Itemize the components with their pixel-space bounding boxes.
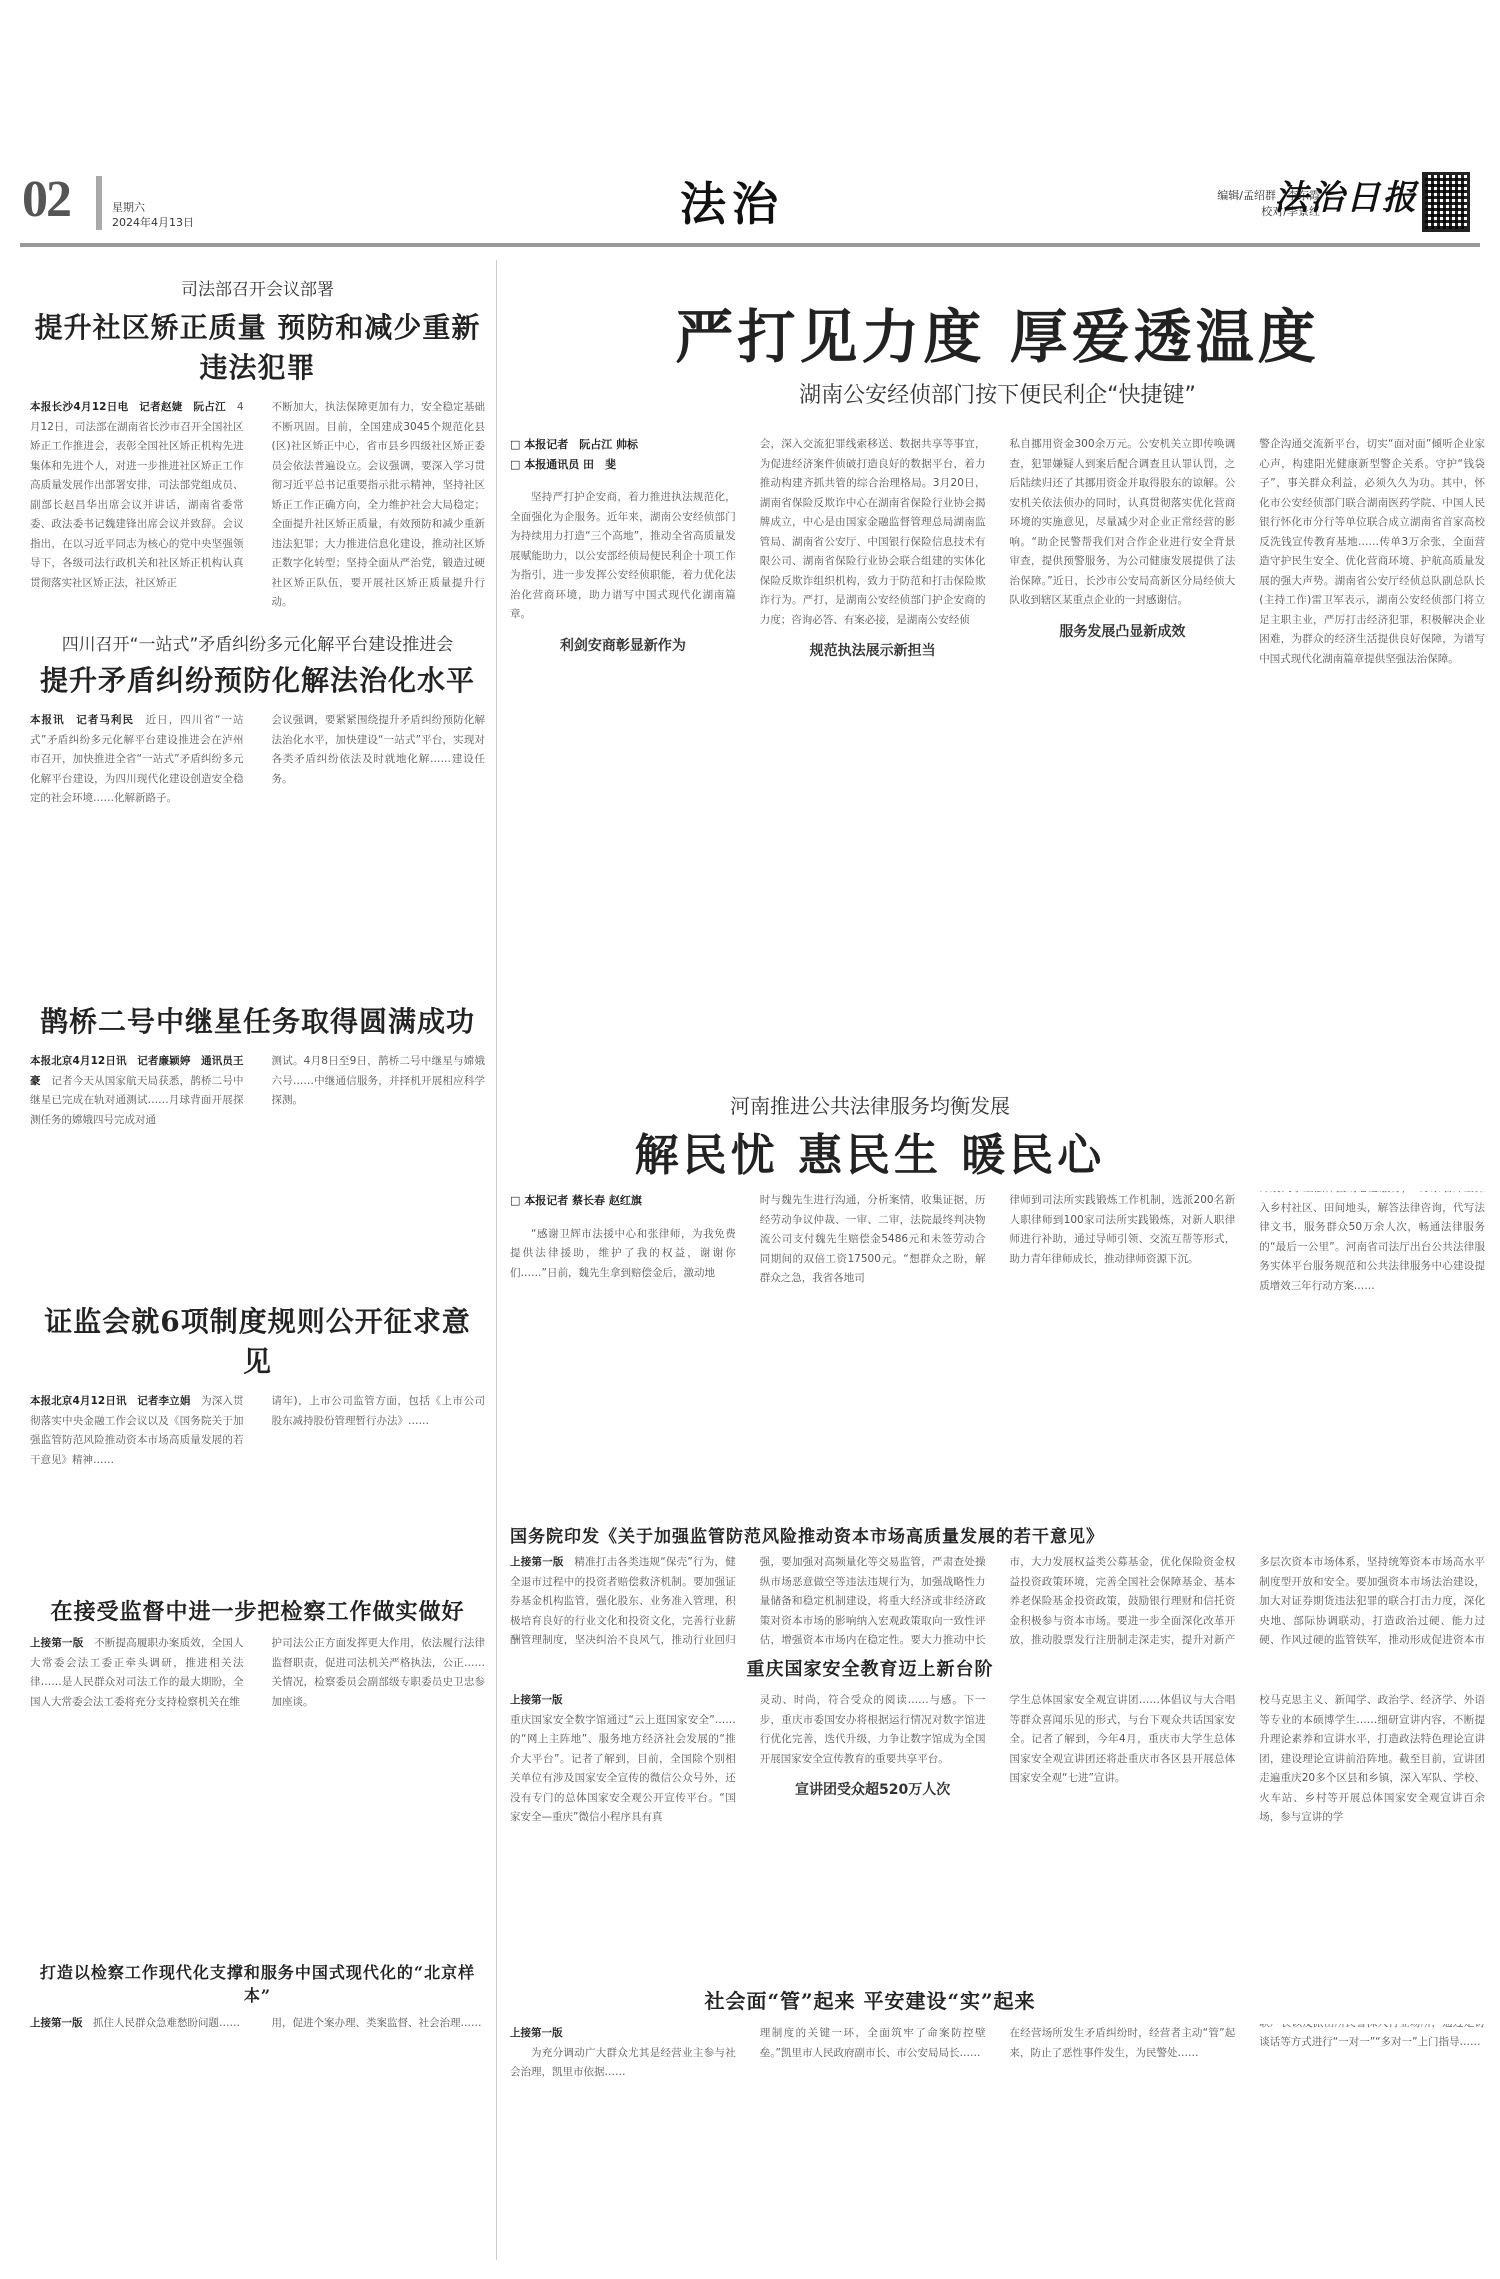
article-column: 护司法公正方面发挥更大作用，依法履行法律监督职责，促进司法机关严格执法，公正……… bbox=[272, 1634, 486, 1934]
section-title: 法治 bbox=[680, 168, 784, 234]
article-henan-legal-services: 河南推进公共法律服务均衡发展 解民忧 惠民生 暖民心 □ 本报记者 蔡长春 赵红… bbox=[510, 1090, 1485, 1510]
newspaper-logo: 法治日报 bbox=[1274, 170, 1418, 219]
article-column: 时与魏先生进行沟通，分析案情，收集证据，历经劳动争议仲裁、一审、二审，法院最终判… bbox=[760, 1191, 986, 1531]
article-column: 上接第一版 抓住人民群众急难愁盼问题…… bbox=[30, 2014, 244, 2274]
article-headline: 提升社区矫正质量 预防和减少重新违法犯罪 bbox=[30, 306, 485, 386]
article-text: 重庆国家安全数字馆通过“云上逛国家安全”……的“网上主阵地”、服务地方经济社会发… bbox=[510, 1711, 736, 1828]
section-subhead: 服务发展凸显新成效 bbox=[1010, 623, 1236, 643]
article-column: 会，深入交流犯罪线索移送、数据共享等事宜，为促进经济案件侦破打造良好的数据平台，… bbox=[760, 435, 986, 1075]
page-number-divider bbox=[96, 176, 102, 230]
article-column: 请年)，上市公司监管方面，包括《上市公司股东减持股份管理暂行办法》…… bbox=[272, 1392, 486, 1612]
article-society-management: 社会面“管”起来 平安建设“实”起来 上接第一版为充分调动广大群众尤其是经营业主… bbox=[510, 1985, 1485, 2265]
article-column: 上接第一版重庆国家安全数字馆通过“云上逛国家安全”……的“网上主阵地”、服务地方… bbox=[510, 1691, 736, 1971]
article-headline: 鹊桥二号中继星任务取得圆满成功 bbox=[30, 1000, 485, 1040]
article-column: □ 本报记者 蔡长春 赵红旗 “感谢卫辉市法援中心和张律师，为我免费提供法律援助… bbox=[510, 1191, 736, 1531]
article-column: 上接第一版为充分调动广大群众尤其是经营业主参与社会治理，凯里市依据…… bbox=[510, 2024, 736, 2264]
article-column: 校马克思主义、新闻学、政治学、经济学、外语等专业的本硕博学生……细研宣讲内容，不… bbox=[1259, 1691, 1485, 1971]
section-subhead: 利剑安商彰显新作为 bbox=[510, 637, 736, 657]
article-sichuan: 四川召开“一站式”矛盾纠纷多元化解平台建设推进会 提升矛盾纠纷预防化解法治化水平… bbox=[30, 630, 485, 975]
article-column: □ 本报记者 阮占江 帅标 □ 本报通讯员 田 斐 坚持严打护企安商，着力推进执… bbox=[510, 435, 736, 1075]
article-beijing-sample: 打造以检察工作现代化支撑和服务中国式现代化的“北京样本” 上接第一版 抓住人民群… bbox=[30, 1960, 485, 2260]
article-column: 市，大力发展权益类公募基金，优化保险资金权益投资政策环境，完善全国社会保障基金、… bbox=[1010, 1553, 1236, 1648]
header-rule bbox=[20, 243, 1480, 247]
date: 2024年4月13日 bbox=[112, 215, 194, 230]
dateline: 上接第一版 bbox=[510, 1691, 736, 1711]
section-subhead: 宣讲团受众超520万人次 bbox=[760, 1781, 986, 1801]
dateline: 本报北京4月12日讯 记者李立娟 bbox=[30, 1395, 190, 1407]
article-column: 本报讯 记者马利民 近日，四川省“一站式”矛盾纠纷多元化解平台建设推进会在泸州市… bbox=[30, 711, 244, 981]
article-text: 近日，四川省“一站式”矛盾纠纷多元化解平台建设推进会在泸州市召开，加快推进全省“… bbox=[30, 714, 244, 804]
dateline: 上接第一版 bbox=[510, 1556, 564, 1568]
article-column: 会议强调，要紧紧围绕提升矛盾纠纷预防化解法治化水平，加快建设“一站式”平台，实现… bbox=[272, 711, 486, 981]
byline: □ 本报记者 蔡长春 赵红旗 bbox=[510, 1191, 736, 1211]
dateline: 上接第一版 bbox=[30, 2017, 83, 2029]
article-column: 本报长沙4月12日电 记者赵婕 阮占江 4月12日，司法部在湖南省长沙市召开全国… bbox=[30, 398, 244, 638]
lead-headline: 严打见力度 厚爱透温度 bbox=[510, 290, 1485, 374]
article-chongqing-security: 重庆国家安全教育迈上新台阶 上接第一版重庆国家安全数字馆通过“云上逛国家安全”…… bbox=[510, 1655, 1485, 1975]
masthead: 02 星期六 2024年4月13日 法治 编辑/孟绍群 李东霞 校对/李景红 法… bbox=[20, 150, 1480, 230]
section-subhead: 规范执法展示新担当 bbox=[760, 642, 986, 662]
article-column: 不断加大，执法保障更加有力，安全稳定基础不断巩固。目前，全国建成3045个规范化… bbox=[272, 398, 486, 638]
lead-subheadline: 湖南公安经侦部门按下便民利企“快捷键” bbox=[510, 378, 1485, 409]
article-column: 本报北京4月12日讯 记者李立娟 为深入贯彻落实中央金融工作会议以及《国务院关于… bbox=[30, 1392, 244, 1612]
article-column: 在经营场所发生矛盾纠纷时，经营者主动“管”起来，防止了恶性事件发生，为民警处…… bbox=[1010, 2024, 1236, 2264]
article-column: 强，要加强对高频量化等交易监管，严肃查处操纵市场恶意做空等违法违规行为，加强战略… bbox=[760, 1553, 986, 1648]
article-text: 精准打击各类违规“保壳”行为，健全退市过程中的投资者赔偿救济机制。要加强证券基金… bbox=[510, 1556, 736, 1648]
column-divider bbox=[496, 260, 497, 2260]
dateline: 本报长沙4月12日电 记者赵婕 阮占江 bbox=[30, 401, 226, 413]
page-number: 02 bbox=[22, 174, 70, 226]
weekday: 星期六 bbox=[112, 200, 194, 215]
article-kicker: 四川召开“一站式”矛盾纠纷多元化解平台建设推进会 bbox=[30, 630, 485, 655]
article-column: 律师到司法所实践锻炼工作机制，选派200名新人职律师到100家司法所实践锻炼，对… bbox=[1010, 1191, 1236, 1531]
article-queqiao: 鹊桥二号中继星任务取得圆满成功 本报北京4月12日讯 记者廉颖婷 通讯员王豪 记… bbox=[30, 1000, 485, 1275]
article-column: 灵动、时尚，符合受众的阅读……与感。下一步，重庆市委国安办将根据运行情况对数字馆… bbox=[760, 1691, 986, 1971]
article-intro: 坚持严打护企安商，着力推进执法规范化，全面强化为企服务。近年来，湖南公安经侦部门… bbox=[510, 488, 736, 625]
article-column: 上接第一版 精准打击各类违规“保壳”行为，健全退市过程中的投资者赔偿救济机制。要… bbox=[510, 1553, 736, 1648]
dateline: 本报讯 记者马利民 bbox=[30, 714, 134, 726]
qr-code-icon bbox=[1422, 172, 1470, 232]
article-headline: 提升矛盾纠纷预防化解法治化水平 bbox=[30, 659, 485, 699]
article-text: “感谢卫辉市法援中心和张律师，为我免费提供法律援助，维护了我的权益，谢谢你们……… bbox=[510, 1225, 736, 1284]
article-column: 人经济状况诚信承诺落到实处，让“数据多跑路，群众少跑腿”，打造手续最简、成本最低… bbox=[1259, 1191, 1485, 1531]
byline: □ 本报记者 阮占江 帅标 bbox=[510, 435, 736, 455]
article-text: 灵动、时尚，符合受众的阅读……与感。下一步，重庆市委国安办将根据运行情况对数字馆… bbox=[760, 1691, 986, 1769]
article-text: 会，深入交流犯罪线索移送、数据共享等事宜，为促进经济案件侦破打造良好的数据平台，… bbox=[760, 435, 986, 630]
article-headline: 解民忧 惠民生 暖民心 bbox=[510, 1119, 1230, 1183]
article-headline: 社会面“管”起来 平安建设“实”起来 bbox=[510, 1985, 1230, 2014]
article-text: 私自挪用资金300余万元。公安机关立即传唤调查，犯罪嫌疑人到案后配合调查且认罪认… bbox=[1010, 435, 1236, 611]
article-column: 私自挪用资金300余万元。公安机关立即传唤调查，犯罪嫌疑人到案后配合调查且认罪认… bbox=[1010, 435, 1236, 1075]
article-column: 用，促进个案办理、类案监督、社会治理…… bbox=[272, 2014, 486, 2274]
article-headline: 证监会就6项制度规则公开征求意见 bbox=[30, 1300, 485, 1380]
article-community-correction: 司法部召开会议部署 提升社区矫正质量 预防和减少重新违法犯罪 本报长沙4月12日… bbox=[30, 275, 485, 605]
article-text: 抓住人民群众急难愁盼问题…… bbox=[93, 2017, 240, 2029]
article-kicker: 河南推进公共法律服务均衡发展 bbox=[510, 1090, 1230, 1119]
article-text: 记者今天从国家航天局获悉，鹊桥二号中继星已完成在轨对通测试……月球背面开展探测任… bbox=[30, 1075, 244, 1126]
article-column: 学生总体国家安全观宣讲团……体倡议与大合唱等群众喜闻乐见的形式，与台下观众共话国… bbox=[1010, 1691, 1236, 1971]
article-column: 本报北京4月12日讯 记者廉颖婷 通讯员王豪 记者今天从国家航天局获悉，鹊桥二号… bbox=[30, 1052, 244, 1267]
article-hunan-police: 严打见力度 厚爱透温度 湖南公安经侦部门按下便民利企“快捷键” □ 本报记者 阮… bbox=[510, 290, 1485, 1070]
article-column: 余人次。与此同时，确保指导全覆盖，网格员、联户长以及派出所民警深入行业场所，通过… bbox=[1259, 2024, 1485, 2264]
article-column: 测试。4月8日至9日，鹊桥二号中继星与嫦娥六号……中继通信服务，并择机开展相应科… bbox=[272, 1052, 486, 1267]
article-column: 警企沟通交流新平台，切实“面对面”倾听企业家心声，构建阳光健康新型警企关系。守护… bbox=[1259, 435, 1485, 1075]
dateline: 上接第一版 bbox=[30, 1637, 83, 1649]
dateline: 上接第一版 bbox=[510, 2024, 736, 2044]
article-state-council-opinions: 国务院印发《关于加强监管防范风险推动资本市场高质量发展的若干意见》 上接第一版 … bbox=[510, 1522, 1485, 1642]
article-kicker: 司法部召开会议部署 bbox=[30, 275, 485, 300]
article-headline: 打造以检察工作现代化支撑和服务中国式现代化的“北京样本” bbox=[30, 1960, 485, 2006]
article-column: 多层次资本市场体系，坚持统筹资本市场高水平制度型开放和安全。要加强资本市场法治建… bbox=[1259, 1553, 1485, 1648]
byline: □ 本报通讯员 田 斐 bbox=[510, 455, 736, 475]
article-csrc: 证监会就6项制度规则公开征求意见 本报北京4月12日讯 记者李立娟 为深入贯彻落… bbox=[30, 1300, 485, 1575]
article-headline: 在接受监督中进一步把检察工作做实做好 bbox=[30, 1595, 485, 1626]
article-headline: 国务院印发《关于加强监管防范风险推动资本市场高质量发展的若干意见》 bbox=[510, 1522, 1230, 1547]
page-date: 星期六 2024年4月13日 bbox=[112, 200, 194, 230]
article-column: 理制度的关键一环，全面筑牢了命案防控壁垒。”凯里市人民政府副市长、市公安局局长…… bbox=[760, 2024, 986, 2264]
article-procuratorate-supervision: 在接受监督中进一步把检察工作做实做好 上接第一版 不断提高履职办案质效，全国人大… bbox=[30, 1595, 485, 1940]
article-column: 上接第一版 不断提高履职办案质效，全国人大常委会法工委正牵头调研，推进相关法律…… bbox=[30, 1634, 244, 1934]
article-headline: 重庆国家安全教育迈上新台阶 bbox=[510, 1655, 1230, 1681]
article-text: 为充分调动广大群众尤其是经营业主参与社会治理，凯里市依据…… bbox=[510, 2044, 736, 2083]
article-text: 4月12日，司法部在湖南省长沙市召开全国社区矫正工作推进会，表彰全国社区矫正机构… bbox=[30, 401, 244, 589]
